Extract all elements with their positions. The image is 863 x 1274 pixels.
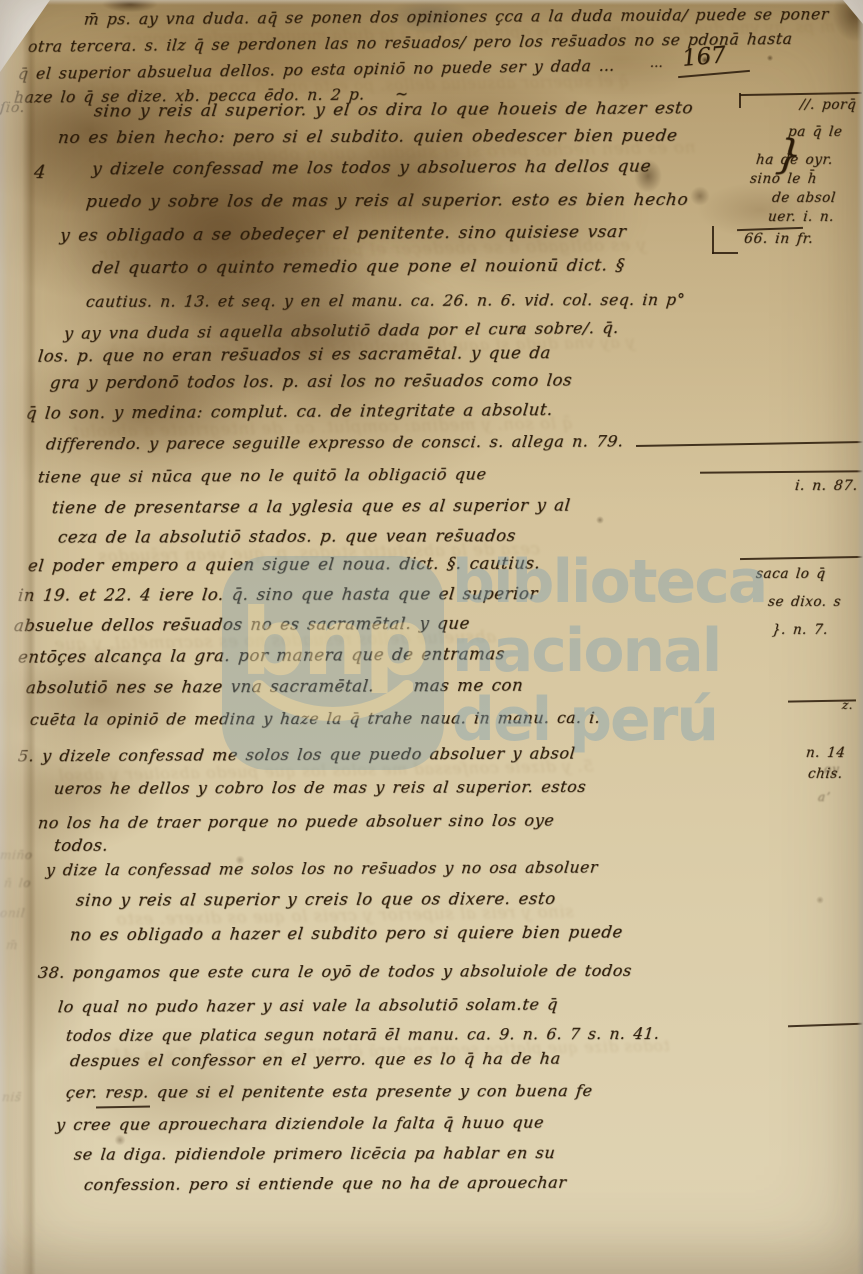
manuscript-line: los. p. que no eran res̄uados si es sacr…	[37, 343, 552, 366]
bleedthrough-mark: onil	[0, 906, 26, 920]
manuscript-scan: m̄ ps. ay vna duda. aq̄ se ponen dos opi…	[0, 0, 863, 1274]
manuscript-line: sino y reis al superior y creis lo que o…	[75, 889, 557, 910]
manuscript-line: differendo. y parece seguille expresso d…	[45, 431, 625, 453]
margin-note: sino le h̄	[749, 171, 818, 187]
manuscript-line: absolutiō nes se haze vna sacramētal. ma…	[25, 676, 524, 698]
margin-note: ha de oyr.	[755, 152, 834, 168]
margin-note: ſiō.	[0, 100, 26, 116]
manuscript-line: entōçes alcança la gra. por manera que d…	[17, 644, 506, 666]
bleedthrough-mark: n̄ lo	[3, 876, 31, 890]
manuscript-line: puedo y sobre los de mas y reis al super…	[85, 190, 689, 212]
manuscript-line: in 19. et 22. 4 iere lo. q̄. sino que ha…	[17, 584, 539, 605]
manuscript-line: cautius. n. 13. et seq. y en el manu. ca…	[85, 291, 686, 311]
margin-note: //. porq̄	[799, 97, 857, 113]
manuscript-line: y dize la confessad me solos los no res̄…	[45, 859, 599, 880]
manuscript-line: 38. pongamos que este cura le oyō de tod…	[37, 961, 633, 982]
manuscript-line: tiene de presentarse a la yglesia que es…	[51, 496, 571, 518]
manuscript-line: todos dize que platica segun notarā ēl m…	[65, 1025, 660, 1045]
margin-note: 66. in fr.	[743, 231, 814, 247]
manuscript-line: sino y reis al superior. y el os dira lo…	[93, 98, 694, 121]
manuscript-line: gra y perdonō todos los. p. asi los no r…	[49, 371, 573, 393]
manuscript-line: absuelue dellos res̄uados no es sacramēt…	[13, 614, 471, 635]
manuscript-line: no los ha de traer porque no puede absol…	[37, 811, 555, 833]
manuscript-line: çer. resp. que si el penitente esta pres…	[65, 1081, 594, 1102]
manuscript-line: el poder empero a quien sigue el noua. d…	[27, 554, 541, 576]
manuscript-line: tiene que si nūca que no le quitō la obl…	[37, 464, 487, 486]
bleedthrough-mark: min̄o	[0, 848, 33, 862]
margin-note: saca lo q̄	[755, 566, 826, 582]
manuscript-line: lo qual no pudo hazer y asi vale la abso…	[57, 995, 559, 1017]
manuscript-line: y cree que aprouechara diziendole la fal…	[55, 1113, 545, 1135]
margin-note: 4	[33, 162, 47, 183]
manuscript-line: del quarto o quinto remedio que pone el …	[91, 256, 626, 279]
pen-stroke	[712, 226, 714, 254]
margin-note: de absol	[771, 190, 836, 206]
manuscript-line: confession. pero si entiende que no ha d…	[83, 1173, 568, 1195]
folio-number: 167	[681, 42, 727, 72]
manuscript-line: no es obligado a hazer el subdito pero s…	[69, 923, 624, 945]
pen-stroke	[712, 252, 738, 254]
bleedthrough-mark: oy	[823, 762, 840, 776]
manuscript-line: no es bien hecho: pero si el subdito. qu…	[57, 126, 679, 148]
bleedthrough-mark: aʼ	[817, 790, 831, 804]
pen-stroke	[739, 93, 741, 108]
margin-note: i. n. 87.	[794, 478, 859, 494]
manuscript-line: y dizele confessad me los todos y absolu…	[91, 157, 652, 180]
manuscript-line: ueros he dellos y cobro los de mas y rei…	[53, 777, 587, 798]
margin-note: n. 14	[805, 745, 846, 761]
margin-note: }. n. 7.	[771, 622, 829, 638]
manuscript-line: q̄ lo son. y medina: complut. ca. de int…	[25, 400, 554, 423]
manuscript-line: todos.	[53, 836, 109, 855]
manuscript-line: se la diga. pidiendole primero licēcia p…	[73, 1143, 556, 1164]
manuscript-line: 5. y dizele confessad me solos los que p…	[17, 744, 576, 766]
manuscript-line: ceza de la absolutiō stados. p. que vean…	[57, 526, 517, 547]
manuscript-line: y es obligado a se obedeçer el penitente…	[59, 222, 627, 246]
manuscript-line: despues el confessor en el yerro. que es…	[69, 1049, 562, 1071]
bleedthrough-mark: m̄	[5, 938, 18, 952]
margin-note: uer. i. n.	[767, 209, 835, 225]
margin-note: …	[649, 56, 664, 71]
manuscript-line: cuēta la opiniō de medina y haze la q̄ t…	[29, 709, 601, 729]
margin-note: se dixo. s	[767, 594, 842, 610]
bleedthrough-mark: nis̄	[1, 1090, 22, 1104]
